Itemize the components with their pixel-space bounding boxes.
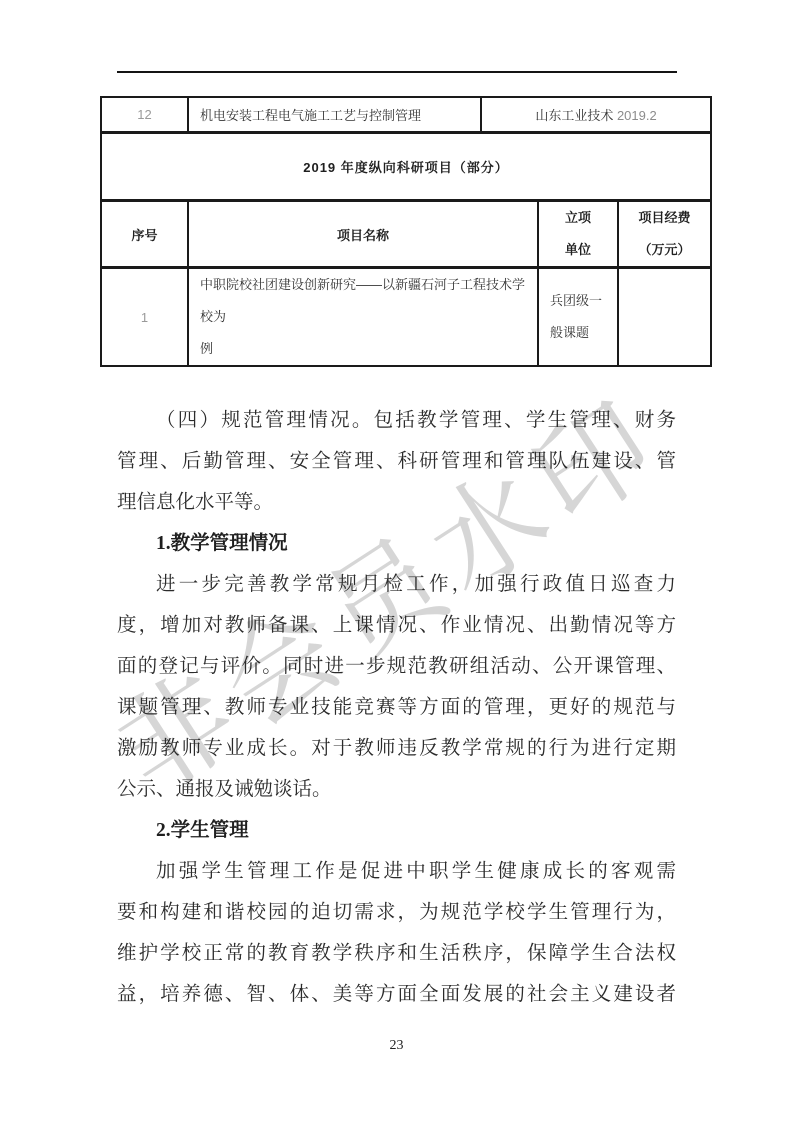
table-section-title: 2019 年度纵向科研项目（部分）: [101, 133, 711, 201]
text-line: 度，增加对教师备课、上课情况、作业情况、出勤情况等方: [117, 605, 676, 646]
table-header-row: 序号 项目名称 立项 单位 项目经费 （万元）: [101, 201, 711, 268]
column-header-unit: 立项 单位: [538, 201, 618, 268]
row-index-cell: 1: [101, 268, 188, 367]
research-projects-table: 12 机电安装工程电气施工工艺与控制管理 山东工业技术 2019.2 2019 …: [100, 96, 712, 367]
text-line: 要和构建和谐校园的迫切需求，为规范学校学生管理行为，: [117, 892, 676, 933]
text-line: （四）规范管理情况。包括教学管理、学生管理、财务: [117, 400, 676, 441]
header-rule: [117, 71, 677, 73]
budget-cell: [618, 268, 711, 367]
paragraph-student-management: 加强学生管理工作是促进中职学生健康成长的客观需 要和构建和谐校园的迫切需求，为规…: [117, 851, 676, 1015]
project-name-cell: 机电安装工程电气施工工艺与控制管理: [188, 97, 481, 133]
column-header-unit-line2: 单位: [539, 234, 617, 266]
journal-cell: 山东工业技术 2019.2: [481, 97, 711, 133]
project-name-line1: 中职院校社团建设创新研究——以新疆石河子工程技术学校为: [200, 269, 529, 333]
paragraph-teaching-management: 进一步完善教学常规月检工作，加强行政值日巡查力 度，增加对教师备课、上课情况、作…: [117, 564, 676, 810]
column-header-unit-line1: 立项: [539, 202, 617, 234]
section-heading-student-management: 2.学生管理: [117, 810, 676, 851]
document-page: 非会员水印 12 机电安装工程电气施工工艺与控制管理 山东工业技术 2019.2…: [0, 0, 793, 1122]
column-header-name: 项目名称: [188, 201, 538, 268]
text-line: 维护学校正常的教育教学秩序和生活秩序，保障学生合法权: [117, 933, 676, 974]
text-line: 益，培养德、智、体、美等方面全面发展的社会主义建设者: [117, 974, 676, 1015]
text-line: 激励教师专业成长。对于教师违反教学常规的行为进行定期: [117, 728, 676, 769]
project-name-cell: 中职院校社团建设创新研究——以新疆石河子工程技术学校为 例: [188, 268, 538, 367]
table-section-title-row: 2019 年度纵向科研项目（部分）: [101, 133, 711, 201]
text-line: 理信息化水平等。: [117, 482, 676, 523]
text-line: 进一步完善教学常规月检工作，加强行政值日巡查力: [117, 564, 676, 605]
text-line: 加强学生管理工作是促进中职学生健康成长的客观需: [117, 851, 676, 892]
text-line: 课题管理、教师专业技能竞赛等方面的管理，更好的规范与: [117, 687, 676, 728]
column-header-budget-line2: （万元）: [619, 234, 710, 266]
approval-unit-cell: 兵团级一 般课题: [538, 268, 618, 367]
text-line: 公示、通报及诫勉谈话。: [117, 769, 676, 810]
journal-name: 山东工业技术: [535, 108, 613, 123]
table-row: 12 机电安装工程电气施工工艺与控制管理 山东工业技术 2019.2: [101, 97, 711, 133]
project-name-line2: 例: [200, 333, 529, 365]
column-header-index: 序号: [101, 201, 188, 268]
section-heading-teaching-management: 1.教学管理情况: [117, 523, 676, 564]
column-header-budget: 项目经费 （万元）: [618, 201, 711, 268]
text-line: 面的登记与评价。同时进一步规范教研组活动、公开课管理、: [117, 646, 676, 687]
column-header-budget-line1: 项目经费: [619, 202, 710, 234]
journal-issue: 2019.2: [617, 108, 657, 123]
approval-unit-line1: 兵团级一: [550, 285, 609, 317]
page-number: 23: [117, 1038, 676, 1054]
body-text: （四）规范管理情况。包括教学管理、学生管理、财务 管理、后勤管理、安全管理、科研…: [117, 400, 676, 1015]
table-row: 1 中职院校社团建设创新研究——以新疆石河子工程技术学校为 例 兵团级一 般课题: [101, 268, 711, 367]
paragraph-4-overview: （四）规范管理情况。包括教学管理、学生管理、财务 管理、后勤管理、安全管理、科研…: [117, 400, 676, 523]
row-index-cell: 12: [101, 97, 188, 133]
text-line: 管理、后勤管理、安全管理、科研管理和管理队伍建设、管: [117, 441, 676, 482]
approval-unit-line2: 般课题: [550, 317, 609, 349]
